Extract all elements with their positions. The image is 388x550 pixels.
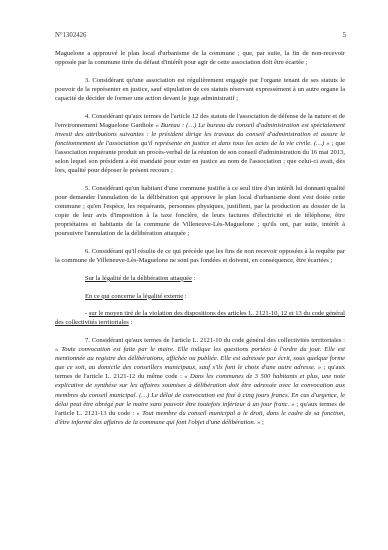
- heading-text: sur le moyen tiré de la violation des di…: [55, 310, 345, 326]
- paragraph-6: 6. Considérant qu'il résulte de ce qui p…: [55, 247, 345, 265]
- section-heading-external-legality: En ce qui concerne la légalité externe :: [55, 292, 345, 301]
- section-heading-moyen: - sur le moyen tiré de la violation des …: [55, 309, 345, 327]
- text: ;: [260, 419, 263, 426]
- paragraph-3: 3. Considérant qu'une association est ré…: [55, 76, 345, 103]
- paragraph-5: 5. Considérant qu'un habitant d'une comm…: [55, 184, 345, 239]
- text: :: [129, 319, 132, 326]
- text: :: [183, 293, 186, 300]
- paragraph-4: 4. Considérant qu'aux termes de l'articl…: [55, 112, 345, 176]
- document-body: Maguelone a approuvé le plan local d'urb…: [55, 49, 345, 436]
- paragraph-2-end: Maguelone a approuvé le plan local d'urb…: [55, 49, 345, 67]
- text: :: [192, 275, 195, 282]
- heading-text: En ce qui concerne la légalité externe: [85, 293, 183, 300]
- page-header: N°1302426 5: [55, 32, 346, 39]
- page-number: 5: [343, 32, 346, 39]
- case-number: N°1302426: [55, 32, 86, 39]
- quote: « Toute convocation est faite par le mai…: [55, 346, 345, 371]
- heading-text: Sur la légalité de la délibération attaq…: [85, 275, 192, 282]
- paragraph-7: 7. Considérant qu'aux termes de l'articl…: [55, 336, 345, 427]
- section-heading-legality: Sur la légalité de la délibération attaq…: [55, 274, 345, 283]
- text: 7. Considérant qu'aux termes de l'articl…: [85, 337, 345, 344]
